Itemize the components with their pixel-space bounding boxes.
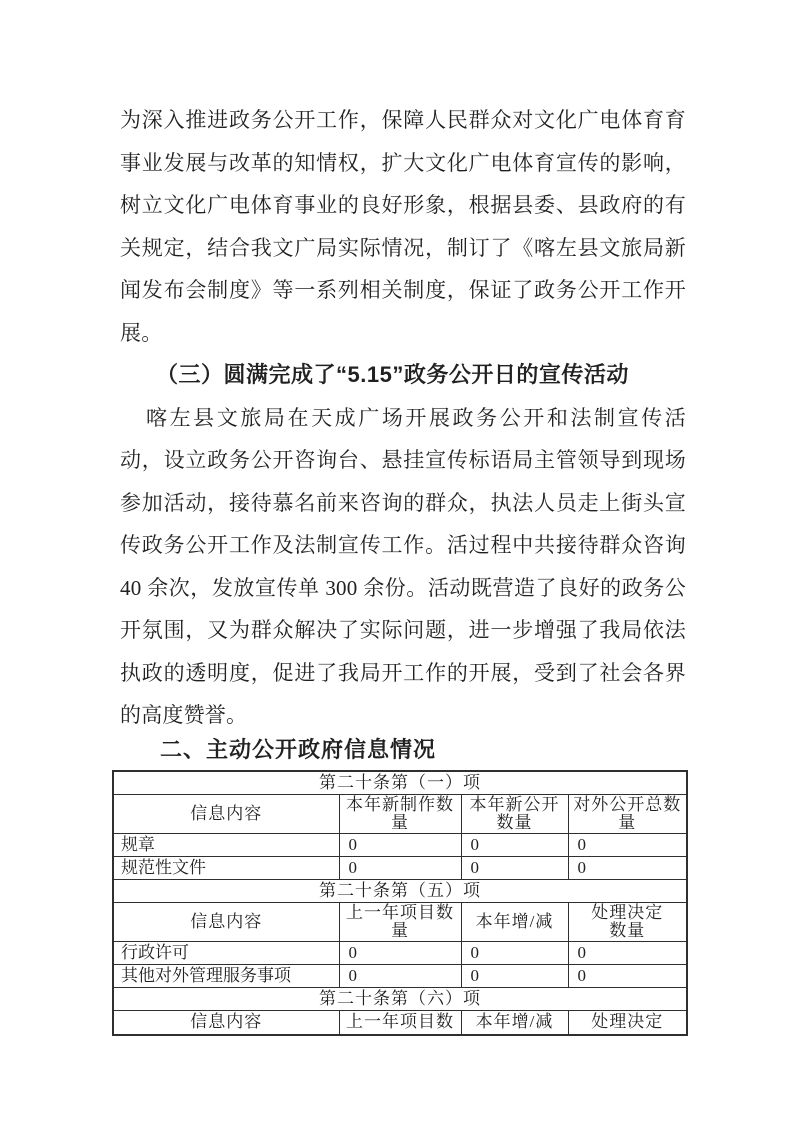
- table-cell: 0: [568, 856, 687, 879]
- table-cell: 规章: [113, 833, 339, 856]
- table-section-row: 第二十条第（五）项: [113, 879, 687, 902]
- body-line: 展。: [120, 312, 686, 355]
- table-header-cell: 信息内容: [113, 902, 339, 941]
- body-line: 为深入推进政务公开工作，保障人民群众对文化广电体育育: [120, 99, 686, 142]
- document-page: 为深入推进政务公开工作，保障人民群众对文化广电体育育 事业发展与改革的知情权，扩…: [0, 0, 800, 1130]
- table-cell: 0: [568, 964, 687, 987]
- table-cell: 0: [461, 833, 568, 856]
- body-line: 动，设立政务公开咨询台、悬挂宣传标语局主管领导到现场: [120, 439, 686, 482]
- document-content: 为深入推进政务公开工作，保障人民群众对文化广电体育育 事业发展与改革的知情权，扩…: [0, 0, 686, 1036]
- table-header-row: 信息内容 上一年项目数 本年增/减 处理决定: [113, 1010, 687, 1035]
- table-section-title: 第二十条第（五）项: [113, 879, 687, 902]
- table-cell: 0: [339, 964, 461, 987]
- table-section-title: 第二十条第（六）项: [113, 987, 687, 1010]
- table-cell: 规范性文件: [113, 856, 339, 879]
- body-line: 传政务公开工作及法制宣传工作。活过程中共接待群众咨询: [120, 524, 686, 567]
- table-row: 其他对外管理服务事项 0 0 0: [113, 964, 687, 987]
- body-line: 树立文化广电体育事业的良好形象，根据县委、县政府的有: [120, 184, 686, 227]
- section-heading-two: 二、主动公开政府信息情况: [120, 737, 686, 763]
- table-header-cell: 上一年项目数: [339, 1010, 461, 1035]
- table-cell: 0: [339, 856, 461, 879]
- body-line: 执政的透明度，促进了我局开工作的开展，受到了社会各界: [120, 652, 686, 695]
- table-header-cell: 信息内容: [113, 1010, 339, 1035]
- table-header-cell: 本年增/减: [461, 1010, 568, 1035]
- table-header-cell: 处理决定: [568, 1010, 687, 1035]
- table-cell: 0: [339, 833, 461, 856]
- table-row: 行政许可 0 0 0: [113, 941, 687, 964]
- table-section-row: 第二十条第（六）项: [113, 987, 687, 1010]
- table-cell: 0: [568, 941, 687, 964]
- table-header-row: 信息内容 上一年项目数 量 本年增/减 处理决定 数量: [113, 902, 687, 941]
- info-disclosure-table: 第二十条第（一）项 信息内容 本年新制作数 量 本年新公开 数量 对外公开总数 …: [112, 770, 688, 1036]
- table-section-row: 第二十条第（一）项: [113, 771, 687, 795]
- table-header-cell: 对外公开总数 量: [568, 794, 687, 833]
- table-row: 规章 0 0 0: [113, 833, 687, 856]
- body-line: 关规定，结合我文广局实际情况，制订了《喀左县文旅局新: [120, 227, 686, 270]
- table-cell: 0: [461, 941, 568, 964]
- table-cell: 0: [461, 964, 568, 987]
- table-header-cell: 信息内容: [113, 794, 339, 833]
- table-cell: 0: [568, 833, 687, 856]
- table-cell: 0: [339, 941, 461, 964]
- body-line: 参加活动，接待慕名前来咨询的群众，执法人员走上街头宣: [120, 482, 686, 525]
- table-header-cell: 处理决定 数量: [568, 902, 687, 941]
- table-cell: 0: [461, 856, 568, 879]
- table-row: 规范性文件 0 0 0: [113, 856, 687, 879]
- body-line: 事业发展与改革的知情权，扩大文化广电体育宣传的影响，: [120, 142, 686, 185]
- table-header-cell: 本年增/减: [461, 902, 568, 941]
- table-header-row: 信息内容 本年新制作数 量 本年新公开 数量 对外公开总数 量: [113, 794, 687, 833]
- section-heading-three: （三）圆满完成了“5.15”政务公开日的宣传活动: [120, 354, 686, 397]
- body-line: 40 余次，发放宣传单 300 余份。活动既营造了良好的政务公: [120, 567, 686, 610]
- table-cell: 行政许可: [113, 941, 339, 964]
- table-header-cell: 本年新公开 数量: [461, 794, 568, 833]
- table-cell: 其他对外管理服务事项: [113, 964, 339, 987]
- table-header-cell: 本年新制作数 量: [339, 794, 461, 833]
- paragraph-continuation: 为深入推进政务公开工作，保障人民群众对文化广电体育育 事业发展与改革的知情权，扩…: [120, 99, 686, 354]
- table-section-title: 第二十条第（一）项: [113, 771, 687, 795]
- table-header-cell: 上一年项目数 量: [339, 902, 461, 941]
- body-line: 开氛围，又为群众解决了实际问题，进一步增强了我局依法: [120, 609, 686, 652]
- body-line: 闻发布会制度》等一系列相关制度，保证了政务公开工作开: [120, 269, 686, 312]
- body-line: 的高度赞誉。: [120, 694, 686, 737]
- paragraph-activity: 喀左县文旅局在天成广场开展政务公开和法制宣传活 动，设立政务公开咨询台、悬挂宣传…: [120, 397, 686, 737]
- body-line: 喀左县文旅局在天成广场开展政务公开和法制宣传活: [120, 397, 686, 440]
